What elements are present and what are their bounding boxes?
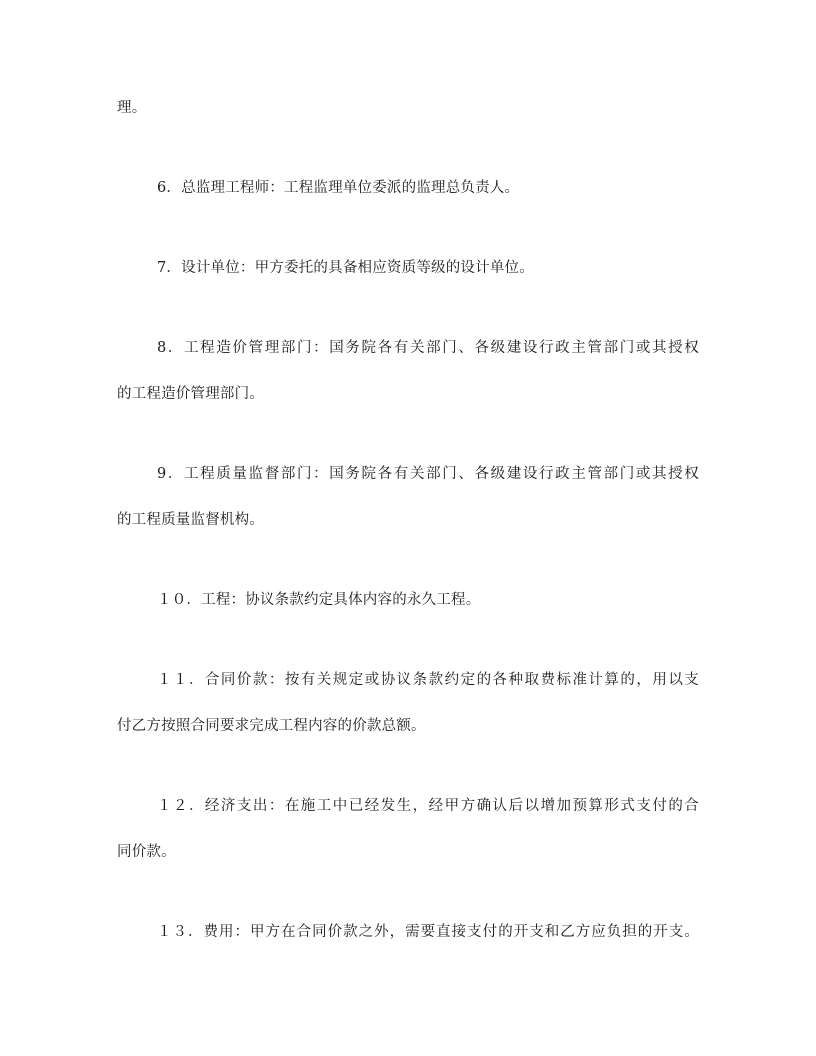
definition-9-quality-supervision-dept-line-1: 9．工程质量监督部门：国务院各有关部门、各级建设行政主管部门或其授权 (157, 464, 699, 484)
definition-11-contract-price-line-1: １１．合同价款：按有关规定或协议条款约定的各种取费标准计算的，用以支 (157, 670, 699, 690)
definition-9-quality-supervision-dept-line-2: 的工程质量监督机构。 (117, 510, 264, 530)
definition-12-economic-expenditure-line-2: 同价款。 (117, 842, 176, 862)
definition-13-expenses: １３．费用：甲方在合同价款之外，需要直接支付的开支和乙方应负担的开支。 (157, 922, 699, 942)
definition-6-chief-supervising-engineer: 6．总监理工程师：工程监理单位委派的监理总负责人。 (157, 178, 519, 198)
definition-12-economic-expenditure-line-1: １２．经济支出：在施工中已经发生，经甲方确认后以增加预算形式支付的合 (157, 796, 699, 816)
definition-7-design-unit: 7．设计单位：甲方委托的具备相应资质等级的设计单位。 (157, 258, 534, 278)
definition-8-cost-management-dept-line-1: 8．工程造价管理部门：国务院各有关部门、各级建设行政主管部门或其授权 (157, 338, 699, 358)
paragraph-5-continuation: 理。 (117, 98, 146, 118)
definition-8-cost-management-dept-line-2: 的工程造价管理部门。 (117, 384, 264, 404)
definition-10-works: １０．工程：协议条款约定具体内容的永久工程。 (157, 590, 480, 610)
definition-11-contract-price-line-2: 付乙方按照合同要求完成工程内容的价款总额。 (117, 716, 426, 736)
